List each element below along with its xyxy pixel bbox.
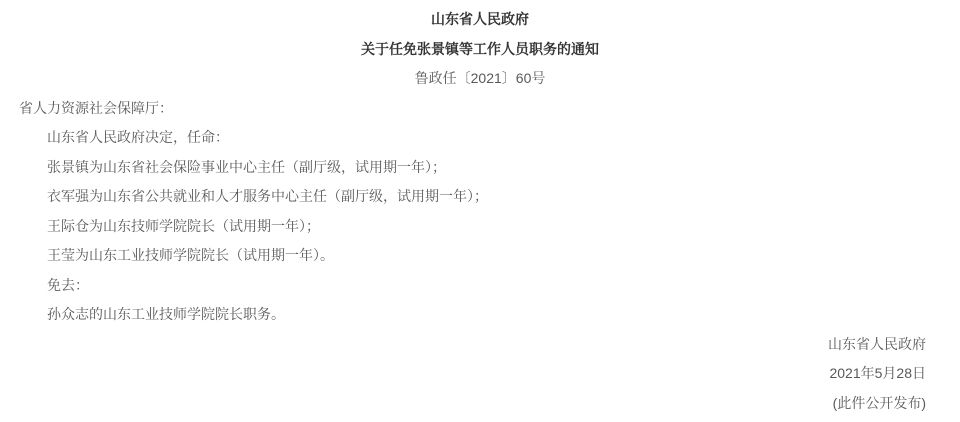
signature-org: 山东省人民政府	[0, 330, 926, 360]
removal-item-1: 孙众志的山东工业技师学院院长职务。	[19, 300, 960, 330]
removal-intro: 免去：	[19, 271, 960, 301]
government-notice-document: 山东省人民政府 关于任免张景镇等工作人员职务的通知 鲁政任〔2021〕60号 省…	[0, 0, 960, 422]
appointment-item-2: 衣军强为山东省公共就业和人才服务中心主任（副厅级，试用期一年）；	[19, 182, 960, 212]
appointment-intro: 山东省人民政府决定，任命：	[19, 123, 960, 153]
signature-block: 山东省人民政府 2021年5月28日 (此件公开发布)	[0, 330, 960, 419]
signature-date: 2021年5月28日	[0, 359, 926, 389]
doc-number: 鲁政任〔2021〕60号	[0, 64, 960, 94]
salutation: 省人力资源社会保障厅：	[19, 94, 960, 124]
appointment-item-1: 张景镇为山东省社会保险事业中心主任（副厅级，试用期一年）；	[19, 153, 960, 183]
publish-note: (此件公开发布)	[0, 389, 926, 419]
appointment-item-4: 王莹为山东工业技师学院院长（试用期一年）。	[19, 241, 960, 271]
org-title: 山东省人民政府	[0, 5, 960, 35]
document-body: 省人力资源社会保障厅： 山东省人民政府决定，任命： 张景镇为山东省社会保险事业中…	[0, 94, 960, 330]
appointment-item-3: 王际仓为山东技师学院院长（试用期一年）；	[19, 212, 960, 242]
doc-title: 关于任免张景镇等工作人员职务的通知	[0, 35, 960, 65]
document-header: 山东省人民政府 关于任免张景镇等工作人员职务的通知 鲁政任〔2021〕60号	[0, 5, 960, 94]
